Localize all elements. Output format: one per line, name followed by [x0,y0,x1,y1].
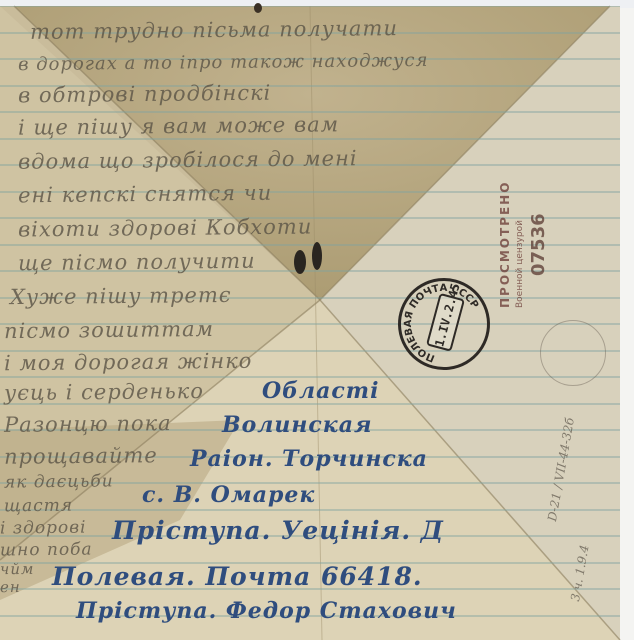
censor-number: 07536 [528,213,549,276]
address-line: Пріступа. Уецінія. Д [112,516,444,545]
letter-line: в дорогах а то іпро також находжуся [18,50,429,75]
address-line: с. В. Омарек [142,482,315,508]
faint-postmark [540,320,606,386]
letter-line: і ще пішу я вам може вам [18,112,339,139]
letter-line: прощавайте [4,443,158,469]
censor-title: ПРОСМОТРЕНО [498,181,512,308]
letter-line: вдома що зробілося до мені [18,146,358,174]
letter-line: чйм [0,560,35,578]
censor-subtitle: Военной цензурой [515,220,525,308]
letter-line: віхоти здорові Кобхоти [18,214,313,241]
letter-line: шно поба [0,540,93,561]
letter-line: і моя дорогая жінко [4,349,253,376]
address-line: Раіон. Торчинска [190,446,428,472]
address-line: Області [262,378,379,404]
letter-line: як даєцьби [4,471,114,492]
letter-line: щастя [4,496,73,517]
letter-line: ені кепскі снятся чи [18,181,272,208]
letter-photo: тот трудно пісьма получати в дорогах а т… [0,0,634,640]
letter-line: Хуже пішу третє [10,283,232,309]
letter-line: пісмо зошиттам [4,317,214,343]
letter-line: ен [0,578,21,596]
letter-line: тот трудно пісьма получати [30,16,398,44]
address-line: Пріступа. Федор Стахович [76,598,457,624]
letter-line: ще пісмо получити [18,249,256,275]
address-line: Волинская [222,412,372,438]
letter-line: уєць і серденько [4,379,204,405]
letter-line: і здорові [0,518,87,539]
letter-line: в обтрові продбінскі [18,81,272,108]
letter-line: Разонцю пока [4,411,172,437]
address-line: Полевая. Почта 66418. [52,562,423,591]
